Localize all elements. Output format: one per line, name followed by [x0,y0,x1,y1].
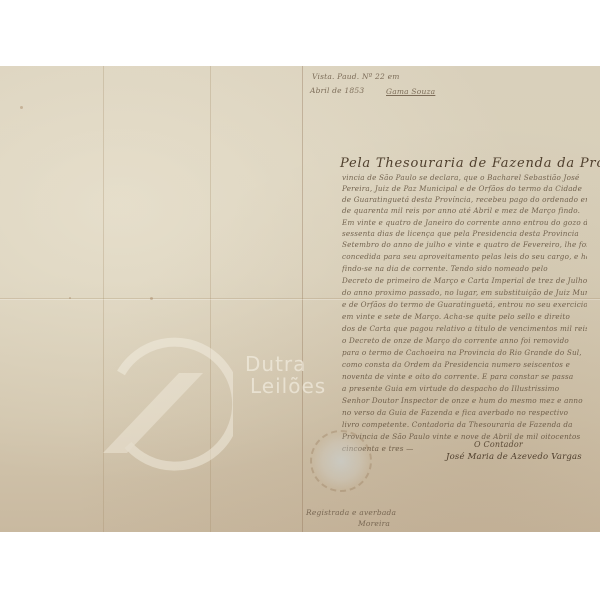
watermark-brand-line2: Leilões [250,374,326,398]
body-line: no verso da Guia de Fazenda e fica averb… [342,408,587,417]
body-line: Pereira, Juiz de Paz Municipal e de Orfã… [342,184,587,193]
body-line: de quarenta mil reis por anno até Abril … [342,206,587,215]
body-line: Setembro do anno de julho e vinte e quat… [342,240,587,249]
bottom-note-line2: Moreira [358,519,390,528]
body-line: livro competente. Contadoria da Thesoura… [342,420,587,429]
body-line: o Decreto de onze de Março do corrente a… [342,336,587,345]
document-heading: Pela Thesouraria de Fazenda da Pro- [340,156,600,171]
circle-slash-logo-icon [93,333,233,473]
body-line: em vinte e sete de Março. Acha-se quite … [342,312,587,321]
watermark-brand-line1: Dutra [245,352,306,376]
embossed-seal-icon [310,430,372,492]
body-line: noventa de vinte e oito do corrente. E p… [342,372,587,381]
body-line: do anno proximo passado, no lugar, em su… [342,288,587,297]
body-line: findo-se na dia de corrente. Tendo sido … [342,264,587,273]
body-line: Provincia de São Paulo vinte e nove de A… [342,432,587,441]
body-line: Em vinte e quatro de Janeiro do corrente… [342,218,587,227]
body-line: sessenta dias de licença que pela Presid… [342,229,587,238]
top-note-signature: Gama Souza [386,87,435,96]
top-note-line1: Vista. Paud. Nº 22 em [312,72,400,81]
foxing-spot [20,106,23,109]
closing-signature: José Maria de Azevedo Vargas [446,452,582,462]
foxing-spot [69,297,71,299]
body-line: a presente Guia em virtude do despacho d… [342,384,587,393]
body-line: e de Orfãos do termo de Guaratinguetá, e… [342,300,587,309]
body-line: de Guaratinguetá desta Província, recebe… [342,195,587,204]
body-line: concedida para seu aproveitamento pelas … [342,252,587,261]
body-line: como consta da Ordem da Presidencia nume… [342,360,587,369]
body-line: dos de Carta que pagou relativo a titulo… [342,324,587,333]
bottom-note-line1: Registrada e averbada [306,508,396,517]
body-line: vincia de São Paulo se declara, que o Ba… [342,173,587,182]
closing-title: O Contador [474,440,523,449]
manuscript-paper: Dutra Leilões [0,66,600,532]
body-line: Decreto de primeiro de Março e Carta Imp… [342,276,587,285]
body-line: para o termo de Cachoeira na Provincia d… [342,348,587,357]
foxing-spot [150,297,153,300]
top-note-line2: Abril de 1853 [310,86,364,95]
body-line: Senhor Doutor Inspector de onze e hum do… [342,396,587,405]
